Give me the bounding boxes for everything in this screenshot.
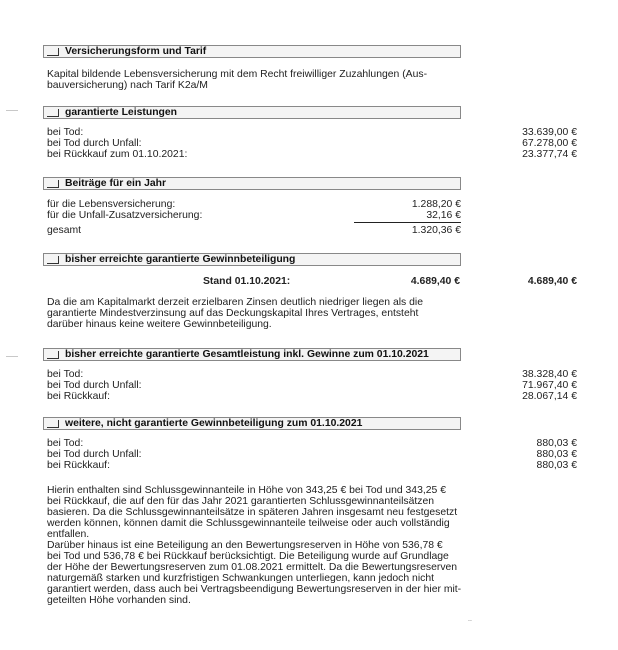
- section-title: bisher erreichte garantierte Gesamtleist…: [65, 349, 429, 361]
- footer-mark: ..: [468, 614, 472, 625]
- checkbox-icon: [47, 420, 59, 428]
- stand-label: Stand 01.10.2021:: [203, 276, 290, 287]
- value-row: bei Tod durch Unfall: 67.278,00 €: [47, 138, 577, 149]
- value-row: bei Rückkauf: 880,03 €: [47, 460, 577, 471]
- row-value: 32,16 €: [426, 210, 461, 221]
- stand-value: 4.689,40 €: [380, 276, 460, 287]
- row-value: 67.278,00 €: [522, 138, 577, 149]
- row-value: 23.377,74 €: [522, 149, 577, 160]
- row-label: bei Tod durch Unfall:: [47, 380, 142, 391]
- value-row: bei Tod: 880,03 €: [47, 438, 577, 449]
- row-label: bei Rückkauf:: [47, 460, 110, 471]
- row-label: bei Tod durch Unfall:: [47, 138, 142, 149]
- section-header-nicht-garantiert: weitere, nicht garantierte Gewinnbeteili…: [43, 417, 461, 430]
- value-row: bei Rückkauf zum 01.10.2021: 23.377,74 €: [47, 149, 577, 160]
- margin-mark: [6, 356, 18, 357]
- row-value: 28.067,14 €: [522, 391, 577, 402]
- row-value: 33.639,00 €: [522, 127, 577, 138]
- section-header-garantierte-leistungen: garantierte Leistungen: [43, 106, 461, 119]
- value-row: bei Tod: 33.639,00 €: [47, 127, 577, 138]
- row-label: bei Tod:: [47, 438, 83, 449]
- value-row: bei Tod durch Unfall: 880,03 €: [47, 449, 577, 460]
- gewinnbeteiligung-description: Da die am Kapitalmarkt derzeit erzielbar…: [47, 297, 487, 330]
- row-label: bei Rückkauf:: [47, 391, 110, 402]
- value-row: bei Tod durch Unfall: 71.967,40 €: [47, 380, 577, 391]
- value-row: bei Rückkauf: 28.067,14 €: [47, 391, 577, 402]
- section-title: garantierte Leistungen: [65, 107, 177, 119]
- row-value: 880,03 €: [537, 438, 577, 449]
- section-header-tarif: Versicherungsform und Tarif: [43, 45, 461, 58]
- value-row: bei Tod: 38.328,40 €: [47, 369, 577, 380]
- total-value: 1.320,36 €: [412, 225, 461, 236]
- section-header-gewinnbeteiligung: bisher erreichte garantierte Gewinnbetei…: [43, 253, 461, 266]
- bewertungsreserven-paragraph: Darüber hinaus ist eine Beteiligung an d…: [47, 540, 497, 606]
- row-label: bei Rückkauf zum 01.10.2021:: [47, 149, 187, 160]
- row-value: 38.328,40 €: [522, 369, 577, 380]
- row-value: 71.967,40 €: [522, 380, 577, 391]
- stand-value-total: 4.689,40 €: [497, 276, 577, 287]
- checkbox-icon: [47, 180, 59, 188]
- total-row: gesamt 1.320,36 €: [47, 225, 461, 236]
- checkbox-icon: [47, 109, 59, 117]
- section-title: weitere, nicht garantierte Gewinnbeteili…: [65, 418, 362, 430]
- checkbox-icon: [47, 48, 59, 56]
- value-row: für die Lebensversicherung: 1.288,20 €: [47, 199, 461, 210]
- tarif-description: Kapital bildende Lebensversicherung mit …: [47, 69, 507, 91]
- row-value: 880,03 €: [537, 449, 577, 460]
- section-header-beitraege: Beiträge für ein Jahr: [43, 177, 461, 190]
- checkbox-icon: [47, 351, 59, 359]
- section-title: Versicherungsform und Tarif: [65, 46, 206, 58]
- total-label: gesamt: [47, 225, 81, 236]
- section-title: Beiträge für ein Jahr: [65, 178, 166, 190]
- sum-divider: [354, 222, 461, 223]
- row-value: 1.288,20 €: [412, 199, 461, 210]
- row-label: für die Unfall-Zusatzversicherung:: [47, 210, 202, 221]
- value-row: für die Unfall-Zusatzversicherung: 32,16…: [47, 210, 461, 221]
- section-header-gesamtleistung: bisher erreichte garantierte Gesamtleist…: [43, 348, 461, 361]
- margin-mark: [6, 110, 18, 111]
- row-label: bei Tod:: [47, 127, 83, 138]
- row-value: 880,03 €: [537, 460, 577, 471]
- row-label: bei Tod:: [47, 369, 83, 380]
- row-label: bei Tod durch Unfall:: [47, 449, 142, 460]
- schlussgewinn-paragraph: Hierin enthalten sind Schlussgewinnantei…: [47, 485, 497, 540]
- section-title: bisher erreichte garantierte Gewinnbetei…: [65, 254, 295, 266]
- checkbox-icon: [47, 256, 59, 264]
- row-label: für die Lebensversicherung:: [47, 199, 175, 210]
